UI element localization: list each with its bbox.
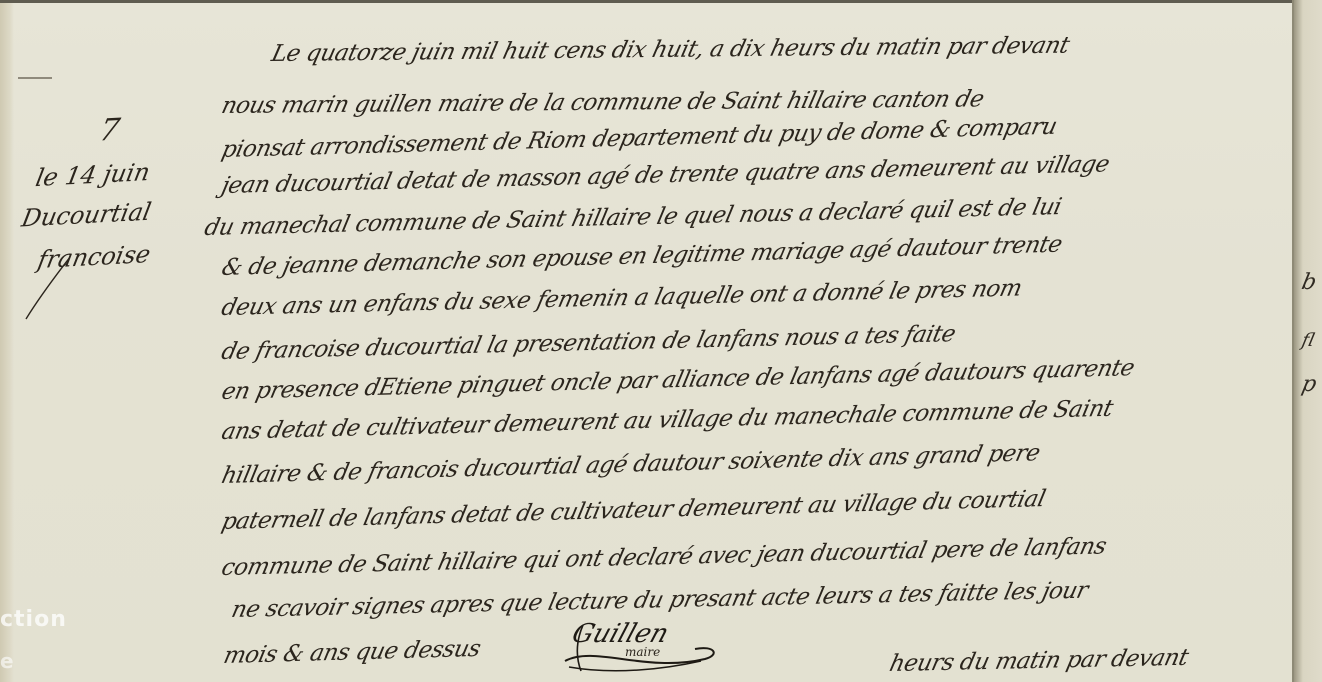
signature-title: maire: [625, 645, 660, 659]
record-line-12: paternell de lanfans detat de cultivateu…: [219, 486, 1048, 535]
record-line-5: du manechal commune de Saint hillaire le…: [202, 194, 1064, 241]
record-line-9: en presence dEtiene pinguet oncle par al…: [219, 355, 1137, 405]
watermark-text: ction: [0, 607, 67, 632]
adjacent-page-edge: b fl p: [1292, 0, 1322, 682]
margin-flourish-icon: [20, 253, 80, 323]
record-line-13: commune de Saint hillaire qui ont declar…: [219, 533, 1109, 581]
record-line-2: nous marin guillen maire de la commune d…: [219, 86, 987, 119]
record-line-6: & de jeanne demanche son epouse en legit…: [219, 231, 1064, 281]
record-line-7: deux ans un enfans du sexe femenin a laq…: [219, 275, 1024, 321]
margin-mark: [18, 77, 52, 79]
next-record-line: heurs du matin par devant: [887, 645, 1191, 677]
mayor-signature: Guillen maire: [555, 615, 720, 677]
watermark-text-2: e: [0, 649, 14, 673]
adjacent-page-fragment: fl: [1300, 330, 1316, 351]
margin-note-date: le 14 juin: [33, 158, 152, 192]
record-line-11: hillaire & de francois ducourtial agé da…: [219, 440, 1042, 489]
record-line-10: ans detat de cultivateur demeurent au vi…: [219, 396, 1115, 445]
margin-note-surname: Ducourtial: [19, 197, 153, 232]
record-line-15: mois & ans que dessus: [221, 636, 483, 669]
record-line-8: de francoise ducourtial la presentation …: [219, 321, 958, 365]
adjacent-page-fragment: p: [1299, 372, 1318, 397]
record-line-1: Le quatorze juin mil huit cens dix huit,…: [269, 33, 1072, 67]
margin-note-number: 7: [97, 112, 123, 148]
adjacent-page-fragment: b: [1299, 270, 1318, 295]
register-page: 7 le 14 juin Ducourtial francoise Le qua…: [0, 0, 1292, 682]
